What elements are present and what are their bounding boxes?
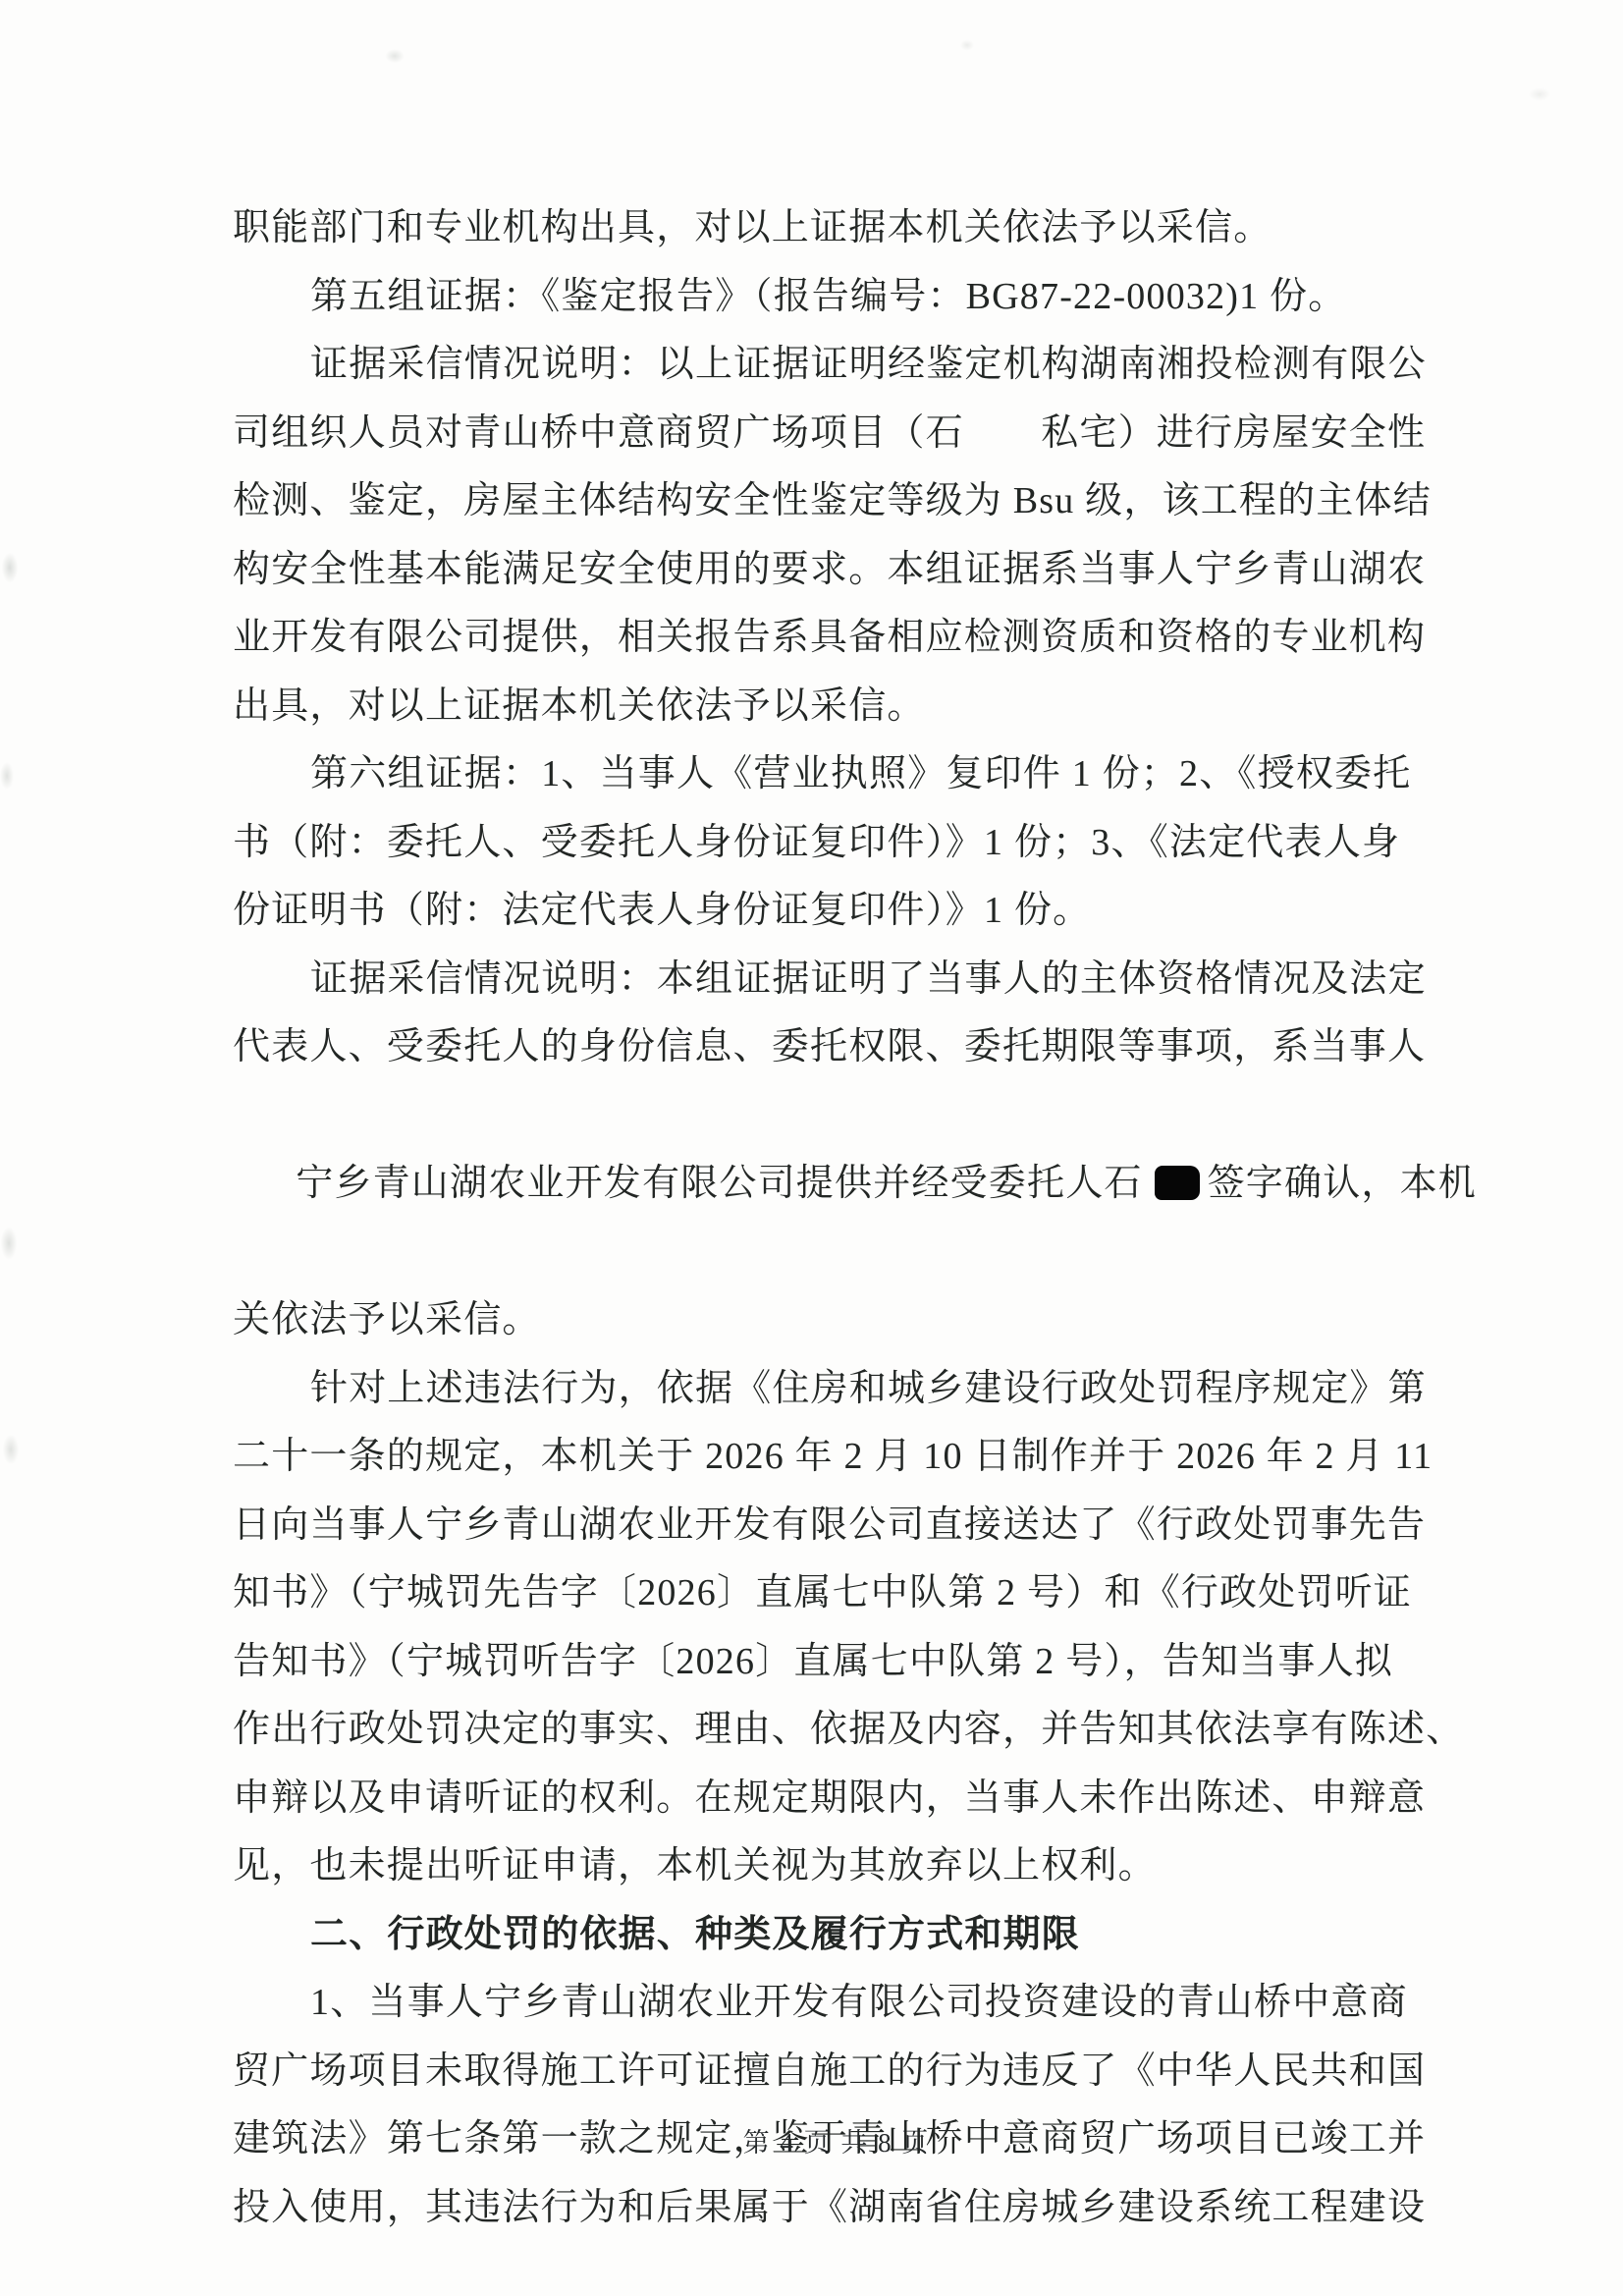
document-line: 知书》（宁城罚先告字〔2026〕直属七中队第 2 号）和《行政处罚听证 xyxy=(233,1559,1470,1628)
document-line: 证据采信情况说明：本组证据证明了当事人的主体资格情况及法定 xyxy=(233,946,1470,1014)
document-line-with-redaction: 宁乡青山湖农业开发有限公司提供并经受委托人石签字确认，本机 xyxy=(233,1082,1470,1287)
document-line-post-text: 签字确认，本机 xyxy=(1208,1163,1477,1204)
document-line: 书（附：委托人、受委托人身份证复印件）》1 份；3、《法定代表人身 xyxy=(233,809,1470,878)
document-line: 日向当事人宁乡青山湖农业开发有限公司直接送达了《行政处罚事先告 xyxy=(233,1492,1470,1560)
document-line: 申辩以及申请听证的权利。在规定期限内，当事人未作出陈述、申辩意 xyxy=(233,1765,1470,1833)
document-line: 第六组证据：1、当事人《营业执照》复印件 1 份；2、《授权委托 xyxy=(233,740,1470,809)
document-line: 关依法予以采信。 xyxy=(233,1286,1470,1355)
page-footer: 第 4 页 共 8 页 xyxy=(233,2121,1440,2159)
document-text-block: 职能部门和专业机构出具，对以上证据本机关依法予以采信。 第五组证据：《鉴定报告》… xyxy=(233,194,1470,2242)
document-line: 职能部门和专业机构出具，对以上证据本机关依法予以采信。 xyxy=(233,194,1470,263)
document-line: 二十一条的规定，本机关于 2026 年 2 月 10 日制作并于 2026 年 … xyxy=(233,1423,1470,1492)
document-line: 份证明书（附：法定代表人身份证复印件）》1 份。 xyxy=(233,877,1470,946)
document-line: 代表人、受委托人的身份信息、委托权限、委托期限等事项，系当事人 xyxy=(233,1013,1470,1082)
document-line: 证据采信情况说明：以上证据证明经鉴定机构湖南湘投检测有限公 xyxy=(233,331,1470,400)
document-line: 第五组证据：《鉴定报告》（报告编号：BG87-22-00032)1 份。 xyxy=(233,263,1470,332)
document-page: 职能部门和专业机构出具，对以上证据本机关依法予以采信。 第五组证据：《鉴定报告》… xyxy=(0,0,1623,2296)
redaction-black-box xyxy=(1155,1166,1200,1200)
document-line: 见，也未提出听证申请，本机关视为其放弃以上权利。 xyxy=(233,1832,1470,1901)
document-line: 检测、鉴定，房屋主体结构安全性鉴定等级为 Bsu 级，该工程的主体结 xyxy=(233,467,1470,536)
document-line: 出具，对以上证据本机关依法予以采信。 xyxy=(233,673,1470,741)
document-line: 1、当事人宁乡青山湖农业开发有限公司投资建设的青山桥中意商 xyxy=(233,1969,1470,2038)
document-line: 业开发有限公司提供，相关报告系具备相应检测资质和资格的专业机构 xyxy=(233,604,1470,673)
document-line: 投入使用，其违法行为和后果属于《湖南省住房城乡建设系统工程建设 xyxy=(233,2174,1470,2243)
document-line: 构安全性基本能满足安全使用的要求。本组证据系当事人宁乡青山湖农 xyxy=(233,536,1470,605)
document-line: 司组织人员对青山桥中意商贸广场项目（石 私宅）进行房屋安全性 xyxy=(233,400,1470,468)
document-line: 针对上述违法行为，依据《住房和城乡建设行政处罚程序规定》第 xyxy=(233,1355,1470,1424)
document-line: 贸广场项目未取得施工许可证擅自施工的行为违反了《中华人民共和国 xyxy=(233,2038,1470,2106)
document-line-pre-text: 宁乡青山湖农业开发有限公司提供并经受委托人石 xyxy=(296,1163,1142,1204)
section-heading: 二、行政处罚的依据、种类及履行方式和期限 xyxy=(233,1901,1470,1970)
document-line: 作出行政处罚决定的事实、理由、依据及内容，并告知其依法享有陈述、 xyxy=(233,1696,1470,1765)
document-line: 告知书》（宁城罚听告字〔2026〕直属七中队第 2 号），告知当事人拟 xyxy=(233,1628,1470,1697)
